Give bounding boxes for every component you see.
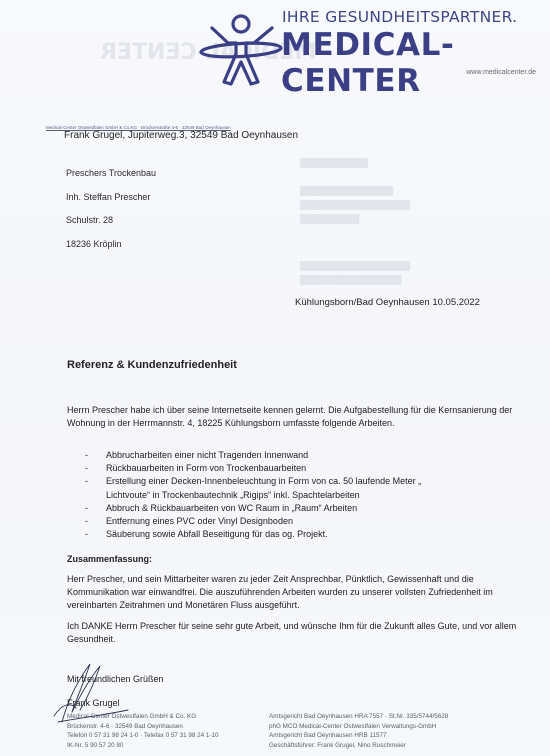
list-item: -Entfernung eines PVC oder Vinyl Designb… xyxy=(85,515,425,528)
recipient-owner: Inh. Steffan Prescher xyxy=(66,192,156,216)
brand-name: MEDICAL-CENTER xyxy=(281,27,550,99)
list-item: -Abbrucharbeiten einer nicht Tragenden I… xyxy=(85,449,425,462)
recipient-street: Schulstr. 28 xyxy=(66,215,156,239)
bullet-dash: - xyxy=(85,515,88,528)
recipient-city: 18236 Kröplin xyxy=(66,239,156,263)
letter-title: Referenz & Kundenzufriedenheit xyxy=(67,359,237,371)
summary-heading: Zusammenfassung: xyxy=(67,554,152,564)
bullet-dash: - xyxy=(85,475,88,488)
signer-name: Frank Grugel xyxy=(67,698,120,708)
place-date: Kühlungsborn/Bad Oeynhausen 10.05.2022 xyxy=(295,297,480,308)
footer-legal-info: Amtsgericht Bad Oeynhausen HRA 7557 · St… xyxy=(269,712,448,750)
letter-page: MEDICAL-CENTER ▆▆▆▆▆▆▆▆ ▆▆▆▆▆▆▆▆▆▆▆▆▆▆▆▆… xyxy=(0,0,550,756)
show-through-text: ▆▆▆▆▆▆▆▆▆▆▆▆▆▆▆▆▆▆▆▆▆▆▆▆▆ xyxy=(300,258,410,286)
recipient-address: Preschers Trockenbau Inh. Steffan Presch… xyxy=(66,168,156,262)
sender-name-address: Frank Grugel, Jupiterweg.3, 32549 Bad Oe… xyxy=(64,130,298,141)
list-item: -Säuberung sowie Abfall Beseitigung für … xyxy=(85,528,425,541)
website-link[interactable]: www.medicalcenter.de xyxy=(466,69,536,76)
closing-salutation: Mit freundlichen Grüßen xyxy=(67,674,164,684)
list-item: -Rückbauarbeiten in Form von Trockenbaua… xyxy=(85,462,425,475)
brand-tagline: IHRE GESUNDHEITSPARTNER. xyxy=(282,8,517,26)
footer-company-info: Medical-Center Ostwestfalen GmbH & Co. K… xyxy=(67,712,218,750)
list-item: -Abbruch & Rückbauarbeiten von WC Raum i… xyxy=(85,502,425,515)
bullet-dash: - xyxy=(85,462,88,475)
list-item: -Erstellung einer Decken-Innenbeleuchtun… xyxy=(85,475,425,501)
bullet-dash: - xyxy=(85,502,88,515)
recipient-company: Preschers Trockenbau xyxy=(66,168,156,192)
show-through-text: ▆▆▆▆▆▆▆▆ xyxy=(300,155,368,168)
task-list: -Abbrucharbeiten einer nicht Tragenden I… xyxy=(85,449,425,541)
thanks-paragraph: Ich DANKE Herrn Prescher für seine sehr … xyxy=(67,620,537,646)
show-through-text: ▆▆▆▆▆▆▆▆▆▆▆▆▆▆▆▆▆▆▆▆▆▆▆▆▆▆▆▆▆▆▆ xyxy=(300,183,410,225)
summary-paragraph: Herr Prescher, und sein Mittarbeiter war… xyxy=(67,573,537,613)
human-figure-ring-icon xyxy=(198,10,284,88)
bullet-dash: - xyxy=(85,449,88,462)
intro-paragraph: Herrn Prescher habe ich über seine Inter… xyxy=(67,404,537,430)
bullet-dash: - xyxy=(85,528,88,541)
